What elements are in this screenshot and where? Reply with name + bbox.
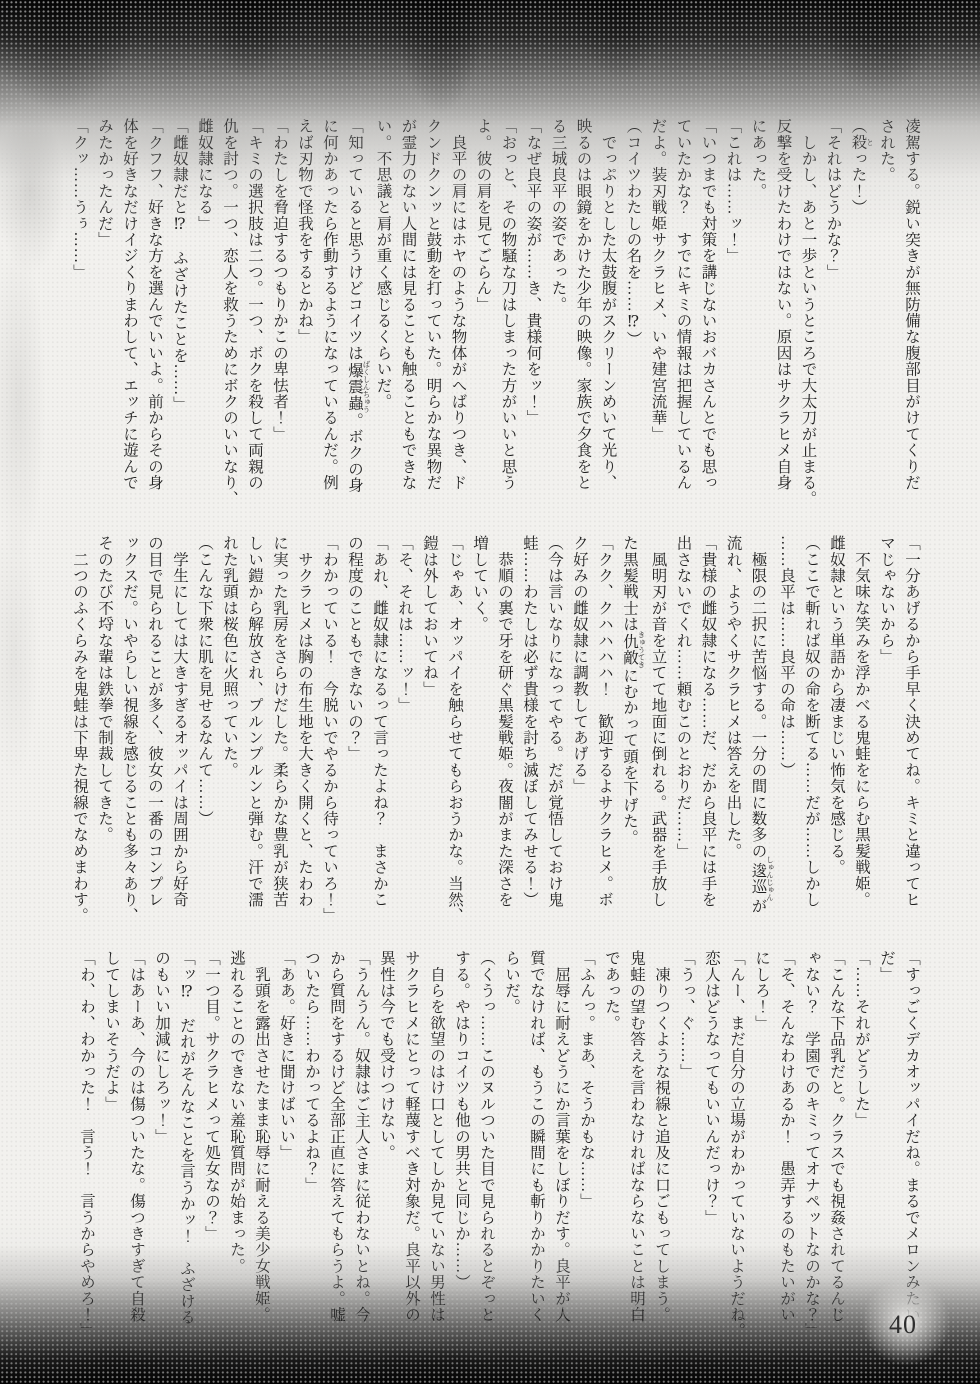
text-column: （ここで斬れば奴の命を断てる……だが……しかし bbox=[799, 535, 824, 927]
text-column: であった。 bbox=[599, 950, 624, 1342]
text-column: に何かあったら作動するようになっているんだ。例 bbox=[317, 118, 342, 510]
text-column: 「一つ目。サクラヒメって処女なの？」 bbox=[199, 950, 224, 1342]
text-column: 仇を討つ。一つ、恋人を救うためにボクのいいなり、 bbox=[217, 118, 242, 510]
text-column: そのたび不埒な輩は鉄拳で制裁してきた。 bbox=[92, 535, 117, 927]
text-column: 「わたしを脅迫するつもりかこの卑怯者！」 bbox=[267, 118, 292, 510]
text-column: 凌駕する。鋭い突きが無防備な腹部目がけてくりだ bbox=[899, 118, 924, 510]
text-column: だ」 bbox=[874, 950, 899, 1342]
text-column: よ。彼の肩を見てごらん」 bbox=[471, 118, 496, 510]
text-column: （殺とった！） bbox=[846, 118, 875, 510]
text-column: 恋人はどうなってもいいんだっけ？」 bbox=[699, 950, 724, 1342]
text-column: 「なぜ良平の姿が……き、貴様何をッ！」 bbox=[521, 118, 546, 510]
text-column: が霊力のない人間には見ることも触ることもできな bbox=[396, 118, 421, 510]
text-column: クンドクンッと鼓動を打っていた。明らかな異物だ bbox=[421, 118, 446, 510]
text-column: 「おっと、その物騒な刀はしまった方がいいと思う bbox=[496, 118, 521, 510]
text-column: でっぷりとした太鼓腹がスクリーンめいて光り、 bbox=[596, 118, 621, 510]
text-column: 鬼蛙の望む答えを言わなければならないことは明白 bbox=[624, 950, 649, 1342]
text-column: しい鎧から解放され、プルンプルンと弾む。汗で濡 bbox=[242, 535, 267, 927]
text-column: 「そ、それは……ッ！」 bbox=[392, 535, 417, 927]
text-column: い。不思議と肩が重く感じるくらいだ。 bbox=[371, 118, 396, 510]
text-column: 良平の肩にはホヤのような物体がへばりつき、ド bbox=[446, 118, 471, 510]
text-column: に実った乳房をさらけだした。柔らかな豊乳が狭苦 bbox=[267, 535, 292, 927]
text-column: ついたら……わかってるよね？」 bbox=[299, 950, 324, 1342]
text-column: 雌奴隷になる」 bbox=[192, 118, 217, 510]
text-column: 体を好きなだけイジくりまわして、エッチに遊んで bbox=[117, 118, 142, 510]
text-column: にしろ！」 bbox=[749, 950, 774, 1342]
text-column: サクラヒメは胸の布生地を大きく開くと、たわわ bbox=[292, 535, 317, 927]
text-column: 「一分あげるから手早く決めてね。キミと違ってヒ bbox=[899, 535, 924, 927]
text-column: 「ッ⁉ だれがそんなことを言うかッ！ ふざける bbox=[174, 950, 199, 1342]
text-column: ゃない？ 学園でのキミってオナペットなのかな？」 bbox=[799, 950, 824, 1342]
text-column: 二つのふくらみを鬼蛙は下卑た視線でなめまわす。 bbox=[67, 535, 92, 927]
text-column: 「ああ。好きに聞けばいい」 bbox=[274, 950, 299, 1342]
text-column: 出さないでくれ……頼むこのとおりだ……」 bbox=[671, 535, 696, 927]
text-column: 「うんうん。奴隷はご主人さまに従わないとね。今 bbox=[349, 950, 374, 1342]
text-column: のもいい加減にしろッ！」 bbox=[149, 950, 174, 1342]
text-column: 「クッ……うぅ……」 bbox=[67, 118, 92, 510]
text-column: 学生にしては大きすぎるオッパイは周囲から好奇 bbox=[167, 535, 192, 927]
text-column: 自らを欲望のはけ口としてしか見ていない男性は bbox=[424, 950, 449, 1342]
text-column: 映るのは眼鏡をかけた少年の映像。家族で夕食をと bbox=[571, 118, 596, 510]
text-column: 質でなければ、もうこの瞬間にも斬りかかりたいく bbox=[524, 950, 549, 1342]
text-column: 増していく。 bbox=[467, 535, 492, 927]
text-column: してしまいそうだよ」 bbox=[99, 950, 124, 1342]
text-column: ……良平は……良平の命は……） bbox=[774, 535, 799, 927]
text-column: の程度のこともできないの？」 bbox=[342, 535, 367, 927]
text-column: れた乳頭は桜色に火照っていた。 bbox=[217, 535, 242, 927]
text-column: ていたかな？ すでにキミの情報は把握しているん bbox=[671, 118, 696, 510]
text-column: 乳頭を露出させたまま恥辱に耐える美少女戦姫。 bbox=[249, 950, 274, 1342]
text-column: 「いつまでも対策を講じないおバカさんとでも思っ bbox=[696, 118, 721, 510]
text-column: マじゃないから」 bbox=[874, 535, 899, 927]
text-column: 「雌奴隷だと⁉ ふざけたことを……」 bbox=[167, 118, 192, 510]
text-column: えば刃物で怪我をするとかね」 bbox=[292, 118, 317, 510]
text-column: 「……それがどうした」 bbox=[849, 950, 874, 1342]
text-column: 「クク、クハハハハ！ 歓迎するよサクラヒメ。ボ bbox=[592, 535, 617, 927]
text-band-middle: 「一分あげるから手早く決めてね。キミと違ってヒマじゃないから」 不気味な笑みを浮… bbox=[72, 535, 924, 927]
text-column: 「すっごくデカオッパイだね。まるでメロンみたい bbox=[899, 950, 924, 1342]
text-column: 雌奴隷という単語から凄まじい怖気を感じる。 bbox=[824, 535, 849, 927]
text-column: にあった。 bbox=[746, 118, 771, 510]
text-column: 「わかっている！ 今脱いでやるから待っていろ！」 bbox=[317, 535, 342, 927]
text-column: らいだ。 bbox=[499, 950, 524, 1342]
text-column: 「はあーあ、今のは傷ついたな。傷つきすぎて自殺 bbox=[124, 950, 149, 1342]
text-column: 「んー、まだ自分の立場がわかっていないようだね。 bbox=[724, 950, 749, 1342]
text-column: 凍りつくような視線と追及に口ごもってしまう。 bbox=[649, 950, 674, 1342]
text-column: 「うっ、ぐ……」 bbox=[674, 950, 699, 1342]
text-column: 鎧は外しておいてね」 bbox=[417, 535, 442, 927]
text-column: の目で見られることが多く、彼女の一番のコンプレ bbox=[142, 535, 167, 927]
text-column: ックスだ。いやらしい視線を感じることも多々あり、 bbox=[117, 535, 142, 927]
text-column: 「こんな下品乳だと。クラスでも視姦されてるんじ bbox=[824, 950, 849, 1342]
text-column: 極限の二択に苦悩する。一分の間に数多の逡巡しゅんじゅんが bbox=[746, 535, 775, 927]
text-column: （コイツわたしの名を……⁉） bbox=[621, 118, 646, 510]
text-column: 「知っていると思うけどコイツは爆震蟲ばくしんちゅう。ボクの身 bbox=[342, 118, 371, 510]
text-column: 「じゃあ、オッパイを触らせてもらおうかな。当然、 bbox=[442, 535, 467, 927]
text-column: 流れ、ようやくサクラヒメは答えを出した。 bbox=[721, 535, 746, 927]
text-column: 「これは……ッ！」 bbox=[721, 118, 746, 510]
text-column: から質問をするけど全部正直に答えてもらうよ。嘘 bbox=[324, 950, 349, 1342]
text-column: 「キミの選択肢は二つ。一つ、ボクを殺して両親の bbox=[242, 118, 267, 510]
text-column: る三城良平の姿であった。 bbox=[546, 118, 571, 510]
text-column: （くうっ……このヌルついた目で見られるとぞっと bbox=[474, 950, 499, 1342]
text-column: する。やはりコイツも他の男共と同じか……） bbox=[449, 950, 474, 1342]
text-column: 不気味な笑みを浮かべる鬼蛙をにらむ黒髪戦姫。 bbox=[849, 535, 874, 927]
text-band-bottom: 「すっごくデカオッパイだね。まるでメロンみたいだ」「……それがどうした」「こんな… bbox=[72, 950, 924, 1342]
text-column: （こんな下衆に肌を見せるなんて……） bbox=[192, 535, 217, 927]
text-column: しかし、あと一歩というところで大太刀が止まる。 bbox=[796, 118, 821, 510]
text-column: 屈辱に耐えどうにか言葉をしぼりだす。良平が人 bbox=[549, 950, 574, 1342]
text-column: 「そ、そんなわけあるか！ 愚弄するのもたいがい bbox=[774, 950, 799, 1342]
text-column: ク好みの雌奴隷に調教してあげる」 bbox=[567, 535, 592, 927]
text-column: 蛙……わたしは必ず貴様を討ち滅ぼしてみせる！） bbox=[517, 535, 542, 927]
text-column: 逃れることのできない羞恥質問が始まった。 bbox=[224, 950, 249, 1342]
text-column: サクラヒメにとって軽蔑すべき対象だ。良平以外の bbox=[399, 950, 424, 1342]
text-band-top: 凌駕する。鋭い突きが無防備な腹部目がけてくりだされた。（殺とった！）「それはどう… bbox=[72, 118, 924, 510]
text-column: 「わ、わ、わかった！ 言う！ 言うからやめろ！」 bbox=[74, 950, 99, 1342]
page-number: 40 bbox=[889, 1310, 917, 1340]
text-column: 風明刃が音を立てて地面に倒れる。武器を手放し bbox=[646, 535, 671, 927]
text-column: された。 bbox=[874, 118, 899, 510]
text-column: た黒髪戦士は仇敵きゅうてきにむかって頭を下げた。 bbox=[617, 535, 646, 927]
text-column: 「貴様の雌奴隷になる……だ、だから良平には手を bbox=[696, 535, 721, 927]
text-column: 「クフフ、好きな方を選んでいいよ。前からその身 bbox=[142, 118, 167, 510]
novel-page: 凌駕する。鋭い突きが無防備な腹部目がけてくりだされた。（殺とった！）「それはどう… bbox=[0, 0, 980, 1384]
text-column: 恭順の裏で牙を研ぐ黒髪戦姫。夜闇がまた深さを bbox=[492, 535, 517, 927]
text-column: みたかったんだ」 bbox=[92, 118, 117, 510]
text-column: 反撃を受けたわけではない。原因はサクラヒメ自身 bbox=[771, 118, 796, 510]
text-column: 「ふんっ。まあ、そうかもな……」 bbox=[574, 950, 599, 1342]
text-column: 異性は今でも受けつけない。 bbox=[374, 950, 399, 1342]
text-column: だよ。装刃戦姫サクラヒメ、いや建宮流華」 bbox=[646, 118, 671, 510]
text-column: （今は言いなりになってやる。だが覚悟しておけ鬼 bbox=[542, 535, 567, 927]
text-column: 「あれ、雌奴隷になるって言ったよね？ まさかこ bbox=[367, 535, 392, 927]
text-column: 「それはどうかな？」 bbox=[821, 118, 846, 510]
